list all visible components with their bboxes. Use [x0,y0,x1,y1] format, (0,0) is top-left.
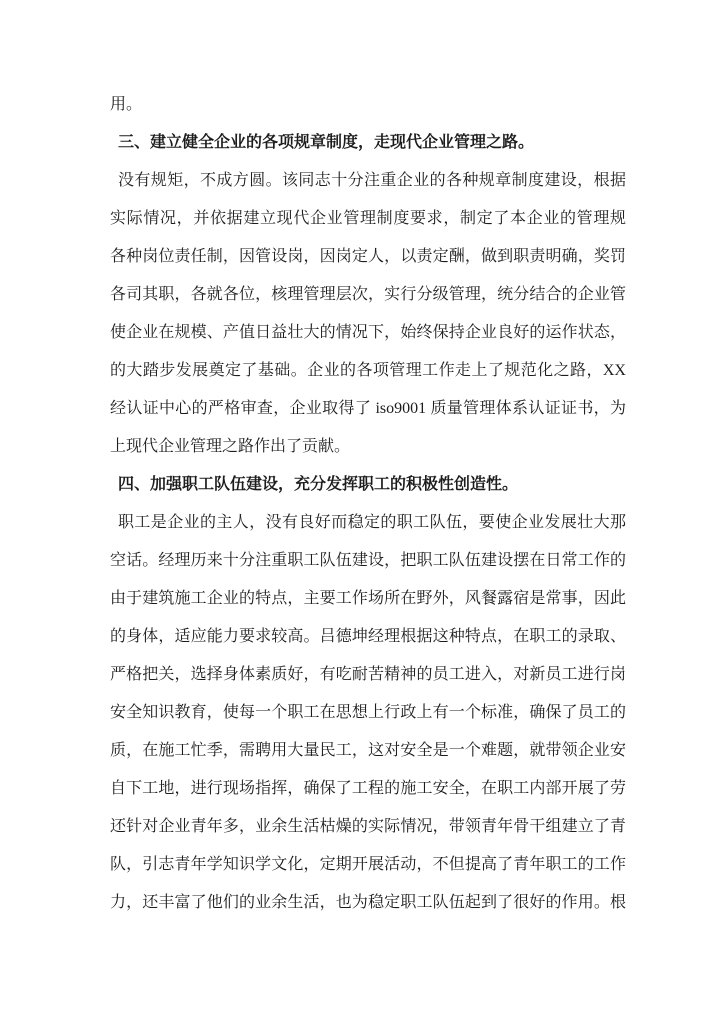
paragraph-text-line: 自下工地，进行现场指挥，确保了工程的施工安全，在职工内部开展了劳动竞赛， [110,770,626,808]
document-page: 用。三、建立健全企业的各项规章制度，走现代企业管理之路。没有规矩，不成方圆。该同… [0,0,721,1020]
paragraph-text-line: 由于建筑施工企业的特点，主要工作场所在野外，风餐露宿是常事，因此对职工 [110,580,626,618]
paragraph-text-line: 没有规矩，不成方圆。该同志十分注重企业的各种规章制度建设，根据企业的 [110,162,626,200]
document-body: 用。三、建立健全企业的各项规章制度，走现代企业管理之路。没有规矩，不成方圆。该同… [110,86,626,922]
paragraph-text-line: 实际情况，并依据建立现代企业管理制度要求，制定了本企业的管理规章，落实 [110,200,626,238]
paragraph-text-line: 队，引志青年学知识学文化，定期开展活动，不但提高了青年职工的工作办事能 [110,846,626,884]
paragraph-text-line: 安全知识教育，使每一个职工在思想上行政上有一个标准，确保了员工的思想素 [110,694,626,732]
paragraph-text-line: 使企业在规模、产值日益壮大的情况下，始终保持企业良好的运作状态，为企业 [110,314,626,352]
paragraph-text-line: 空话。经理历来十分注重职工队伍建设，把职工队伍建设摆在日常工作的首位， [110,542,626,580]
paragraph-text-line: 经认证中心的严格审查，企业取得了 iso9001 质量管理体系认证证书，为企业走 [110,390,626,428]
paragraph-text-line: 上现代企业管理之路作出了贡献。 [110,428,626,466]
paragraph-text-line: 的身体，适应能力要求较高。吕德坤经理根据这种特点，在职工的录取、使用上 [110,618,626,656]
section-heading-line: 三、建立健全企业的各项规章制度，走现代企业管理之路。 [110,124,626,162]
paragraph-text-line: 质，在施工忙季，需聘用大量民工，这对安全是一个难题，就带领企业安全员亲 [110,732,626,770]
paragraph-text-line: 力，还丰富了他们的业余生活，也为稳定职工队伍起到了很好的作用。根据企业 [110,884,626,922]
paragraph-text-line: 还针对企业青年多，业余生活枯燥的实际情况，带领青年骨干组建立了青年科技 [110,808,626,846]
paragraph-text-line: 职工是企业的主人，没有良好而稳定的职工队伍，要使企业发展壮大那是一句 [110,504,626,542]
paragraph-text-line: 用。 [110,86,626,124]
paragraph-text-line: 严格把关，选择身体素质好，有吃耐苦精神的员工进入，对新员工进行岗前培训、 [110,656,626,694]
section-heading-line: 四、加强职工队伍建设，充分发挥职工的积极性创造性。 [110,466,626,504]
paragraph-text-line: 的大踏步发展奠定了基础。企业的各项管理工作走上了规范化之路，XX 年 5 月， [110,352,626,390]
paragraph-text-line: 各司其职，各就各位，核理管理层次，实行分级管理，统分结合的企业管理模式， [110,276,626,314]
paragraph-text-line: 各种岗位责任制，因管设岗，因岗定人，以责定酬，做到职责明确，奖罚分明， [110,238,626,276]
